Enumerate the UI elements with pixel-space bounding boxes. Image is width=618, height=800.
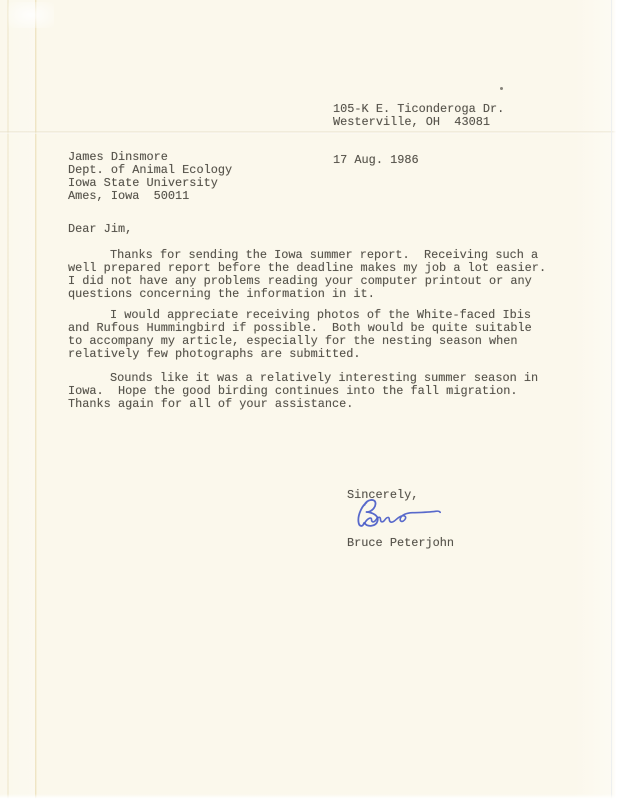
scan-highlight-spot [8, 2, 54, 28]
body-paragraph-1: Thanks for sending the Iowa summer repor… [68, 249, 573, 301]
paper-edge-right [611, 0, 618, 800]
paper-edge-bottom [0, 794, 618, 800]
body-paragraph-2: I would appreciate receiving photos of t… [68, 309, 573, 361]
recipient-address-block: James Dinsmore Dept. of Animal Ecology I… [68, 151, 232, 203]
salutation: Dear Jim, [68, 223, 132, 236]
signature-handwriting [349, 497, 449, 537]
letter-page: 105-K E. Ticonderoga Dr. Westerville, OH… [0, 0, 618, 800]
sender-address-block: 105-K E. Ticonderoga Dr. Westerville, OH… [333, 77, 504, 193]
fold-crease-vertical [35, 0, 37, 800]
body-paragraph-3: Sounds like it was a relatively interest… [68, 372, 573, 411]
fold-crease-vertical-faint [7, 0, 9, 800]
letter-date: 17 Aug. 1986 [333, 154, 504, 167]
sender-address-lines: 105-K E. Ticonderoga Dr. Westerville, OH… [333, 103, 504, 129]
paper-left-band [0, 0, 35, 800]
fold-crease-horizontal [0, 131, 618, 134]
signature-stroke-script [365, 511, 441, 523]
typed-signature-name: Bruce Peterjohn [347, 537, 454, 550]
